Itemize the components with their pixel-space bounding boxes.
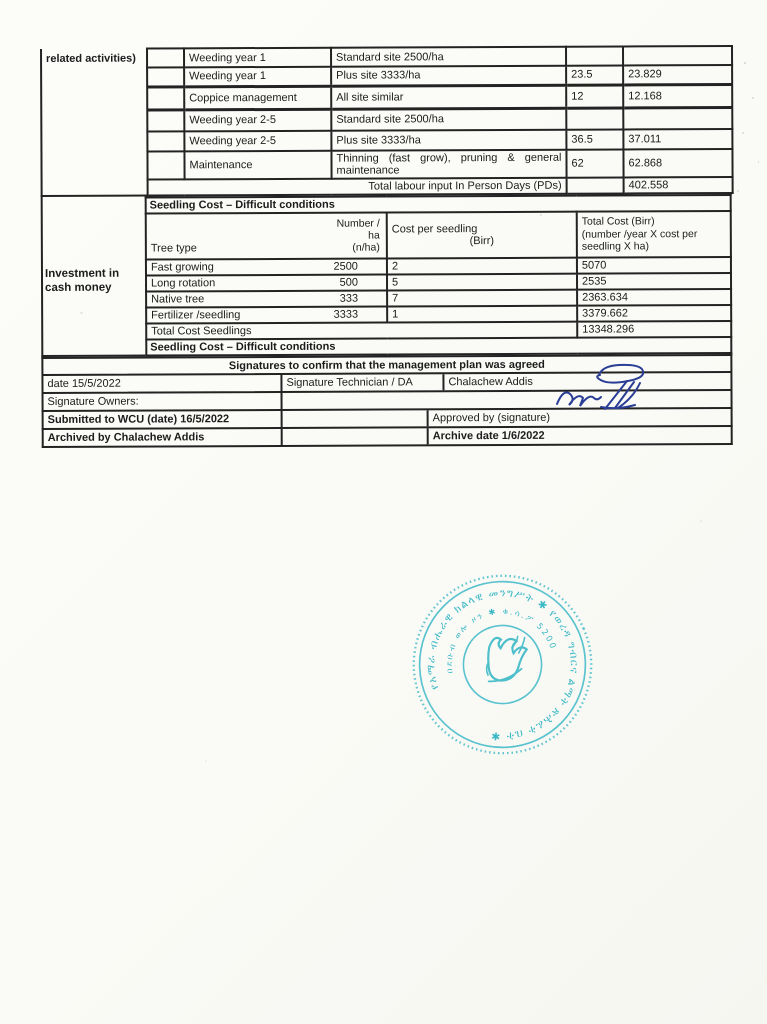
cost-per-seedling-header: Cost per seedling (Birr) [387,212,577,259]
total-cost-cell: 5070 [577,257,731,274]
scan-noise-speck [122,358,124,359]
cost-cell: 7 [387,290,577,307]
labour-total-label: Total labour input In Person Days (PDs) [148,178,567,196]
seedling-cost-section: Investment in cash money Seedling Cost –… [41,194,733,357]
spacer-cell [147,48,184,67]
handwritten-signature [543,362,655,414]
total-cell: 12.168 [623,84,732,107]
seedling-total-value: 13348.296 [577,321,731,338]
owners-signature-cell [283,391,731,409]
activity-cell: Weeding year 2-5 [184,109,331,132]
site-cell: Thinning (fast grow), pruning & general … [331,150,566,179]
signature-row-archived: Archived by Chalachew Addis Archive date… [42,427,733,448]
labour-input-table: related activities) Weeding year 1 Stand… [40,45,734,197]
tree-type-cell: Fertilizer /seedling3333 [146,306,387,323]
scan-noise-speck [700,520,702,522]
labour-total-pd-cell [567,177,624,193]
archive-date-cell: Archive date 1/6/2022 [429,427,731,444]
pd-cell: 36.5 [566,129,623,149]
related-activities-label: related activities) [41,49,148,196]
spacer-cell [147,151,184,179]
site-cell: Standard site 2500/ha [331,47,566,67]
pd-cell: 23.5 [566,65,623,84]
tree-type-header: Tree type Number / ha (n/ha) [146,212,387,259]
site-cell: Plus site 3333/ha [331,130,566,151]
total-cell [623,107,732,129]
spacer-cell [147,86,184,109]
pd-cell: 62 [566,149,623,177]
tree-type-cell: Fast growing2500 [146,258,387,275]
seedling-total-label: Total Cost Seedlings [146,322,577,340]
total-cell: 62.868 [623,149,732,177]
pd-cell: 12 [566,84,623,107]
activity-cell: Weeding year 1 [184,48,331,68]
submitted-cell: Submitted to WCU (date) 16/5/2022 [44,411,283,428]
activity-cell: Coppice management [184,86,331,110]
total-cost-cell: 2363.634 [577,289,731,306]
owners-label-cell: Signature Owners: [44,393,283,410]
scan-noise-speck [742,132,744,134]
office-seal-stamp: የአማራ ብሔራዊ ክልላዊ መንግሥት ✱ የወረዳ ግብርና ልማት ጽሕፈ… [405,567,600,762]
total-cell [623,46,732,65]
scanned-document-page: related activities) Weeding year 1 Stand… [0,0,767,1024]
tree-type-cell: Native tree333 [146,290,387,307]
pd-cell [566,107,623,129]
investment-side-label: Investment in cash money [41,197,146,357]
spacer-cell [147,131,184,151]
scan-noise-speck [540,214,542,216]
activity-cell: Maintenance [184,151,331,180]
site-cell: All site similar [331,85,566,109]
tree-type-cell: Long rotation500 [146,274,387,291]
stamp-ring-text: የአማራ ብሔራዊ ክልላዊ መንግሥት ✱ የወረዳ ግብርና ልማት ጽሕፈ… [405,567,600,762]
cost-cell: 2 [387,258,577,275]
seedling-table-footer: Seedling Cost – Difficult conditions [146,337,731,356]
cost-cell: 5 [387,274,577,291]
number-per-ha-header: Number / ha (n/ha) [337,217,382,253]
scan-noise-speck [744,62,746,64]
total-cost-header: Total Cost (Birr) (number /year X cost p… [577,211,731,258]
technician-label-cell: Signature Technician / DA [282,374,444,391]
site-cell: Plus site 3333/ha [331,66,566,86]
scan-noise-speck [758,161,759,163]
cost-cell: 1 [387,306,577,323]
total-cell: 23.829 [623,65,732,84]
date-cell: date 15/5/2022 [43,375,282,392]
total-cost-cell: 3379.662 [577,305,731,322]
total-cell: 37.011 [623,129,732,149]
scan-noise-speck [752,97,754,99]
activity-cell: Weeding year 1 [184,67,331,87]
archived-by-cell: Archived by Chalachew Addis [44,429,283,446]
activity-cell: Weeding year 2-5 [184,131,331,152]
seedling-cost-table: Seedling Cost – Difficult conditions Tre… [145,194,733,357]
pd-cell [566,46,623,65]
spacer-cell [147,109,184,131]
scan-noise-speck [737,190,739,192]
total-cost-cell: 2535 [577,273,731,290]
archived-blank-cell [283,428,429,445]
submitted-blank-cell [283,410,429,427]
labour-total-value: 402.558 [624,177,733,193]
stamp-emblem [474,627,538,687]
spacer-cell [147,67,184,86]
scan-noise-speck [205,760,207,762]
site-cell: Standard site 2500/ha [331,108,566,131]
scan-noise-speck [80,312,83,314]
